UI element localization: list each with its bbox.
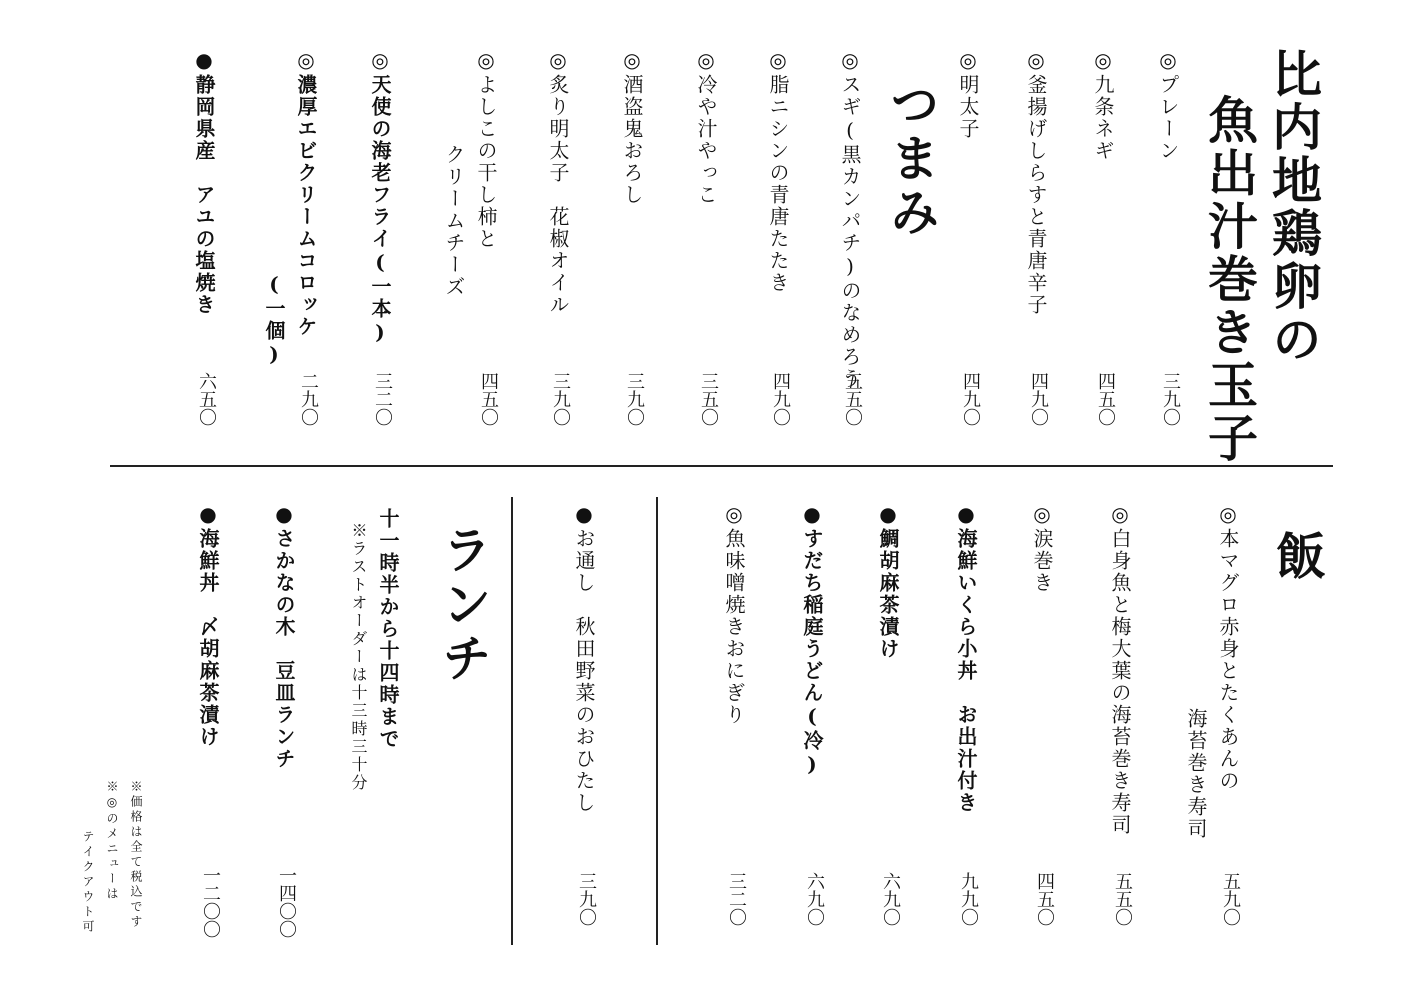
item-name: ●お通し 秋田野菜のおひたし bbox=[574, 502, 594, 814]
meshi-heading: 飯 bbox=[1272, 530, 1322, 584]
item-price: 四九〇 bbox=[961, 372, 979, 426]
item-name: ◎本マグロ赤身とたくあんの bbox=[1218, 502, 1238, 792]
item-name: ●さかなの木 豆皿ランチ bbox=[274, 502, 294, 770]
item-price: 四九〇 bbox=[771, 372, 789, 426]
vertical-divider-left bbox=[511, 497, 513, 945]
item-name-line2: (一個) bbox=[264, 272, 284, 368]
item-name: ●鯛胡麻茶漬け bbox=[878, 502, 898, 660]
lunch-heading: ランチ bbox=[438, 524, 488, 686]
item-name: ●海鮮丼 〆胡麻茶漬け bbox=[198, 502, 218, 748]
item-price: 三二〇 bbox=[727, 872, 745, 926]
footnote-tax-included: ※価格は全て税込です bbox=[130, 780, 142, 930]
item-price: 六五〇 bbox=[197, 372, 215, 426]
item-name-line2: 海苔巻き寿司 bbox=[1186, 708, 1206, 840]
footnote-takeout-cont: テイクアウト可 bbox=[82, 830, 94, 935]
item-price: 一二〇〇 bbox=[201, 866, 219, 938]
item-name: ◎九条ネギ bbox=[1093, 48, 1113, 162]
item-price: 六九〇 bbox=[881, 872, 899, 926]
item-price: 四五〇 bbox=[1096, 372, 1114, 426]
item-name: ◎脂ニシンの青唐たたき bbox=[768, 48, 788, 294]
item-price: 一四〇〇 bbox=[277, 866, 295, 938]
item-name: ●海鮮いくら小丼 お出汁付き bbox=[956, 502, 976, 814]
item-price: 四九〇 bbox=[1029, 372, 1047, 426]
item-name: ●静岡県産 アユの塩焼き bbox=[194, 48, 214, 316]
item-name: ◎明太子 bbox=[958, 48, 978, 140]
lunch-last-order: ※ラストオーダーは十三時三十分 bbox=[350, 522, 366, 792]
item-price: 五九〇 bbox=[1221, 872, 1239, 926]
item-name: ◎白身魚と梅大葉の海苔巻き寿司 bbox=[1110, 502, 1130, 836]
item-price: 三九〇 bbox=[1161, 372, 1179, 426]
item-price: 五五〇 bbox=[843, 372, 861, 426]
item-name: ◎魚味噌焼きおにぎり bbox=[724, 502, 744, 726]
item-price: 三五〇 bbox=[699, 372, 717, 426]
footnote-takeout: ※◎のメニューは bbox=[106, 780, 118, 902]
tamago-title-line1: 比内地鶏卵の bbox=[1268, 48, 1318, 366]
item-name-line2: クリームチーズ bbox=[444, 144, 464, 298]
item-name: ◎濃厚エビクリームコロッケ bbox=[296, 48, 316, 338]
item-name: ◎涙巻き bbox=[1032, 502, 1052, 594]
item-name: ◎酒盗鬼おろし bbox=[622, 48, 642, 206]
item-price: 三二〇 bbox=[373, 372, 391, 426]
item-name: ◎プレーン bbox=[1158, 48, 1178, 162]
item-name: ◎よしこの干し柿と bbox=[476, 48, 496, 250]
item-price: 四五〇 bbox=[1035, 872, 1053, 926]
item-price: 四五〇 bbox=[479, 372, 497, 426]
item-name: ●すだち稲庭うどん(冷) bbox=[802, 502, 822, 778]
item-price: 二九〇 bbox=[299, 372, 317, 426]
item-price: 三九〇 bbox=[625, 372, 643, 426]
tsumami-heading: つまみ bbox=[886, 78, 936, 240]
item-name: ◎天使の海老フライ(一本) bbox=[370, 48, 390, 346]
item-name: ◎釜揚げしらすと青唐辛子 bbox=[1026, 48, 1046, 316]
lunch-hours: 十一時半から十四時まで bbox=[378, 508, 398, 750]
vertical-divider-right bbox=[656, 497, 658, 945]
item-price: 九九〇 bbox=[959, 872, 977, 926]
item-name: ◎スギ(黒カンパチ)のなめろう bbox=[840, 48, 860, 390]
item-name: ◎炙り明太子 花椒オイル bbox=[548, 48, 568, 316]
tamago-title-line2: 魚出汁巻き玉子 bbox=[1204, 94, 1254, 465]
item-price: 三九〇 bbox=[551, 372, 569, 426]
item-name: ◎冷や汁やっこ bbox=[696, 48, 716, 206]
item-price: 六九〇 bbox=[805, 872, 823, 926]
horizontal-divider bbox=[110, 465, 1333, 467]
item-price: 三九〇 bbox=[577, 872, 595, 926]
item-price: 五五〇 bbox=[1113, 872, 1131, 926]
